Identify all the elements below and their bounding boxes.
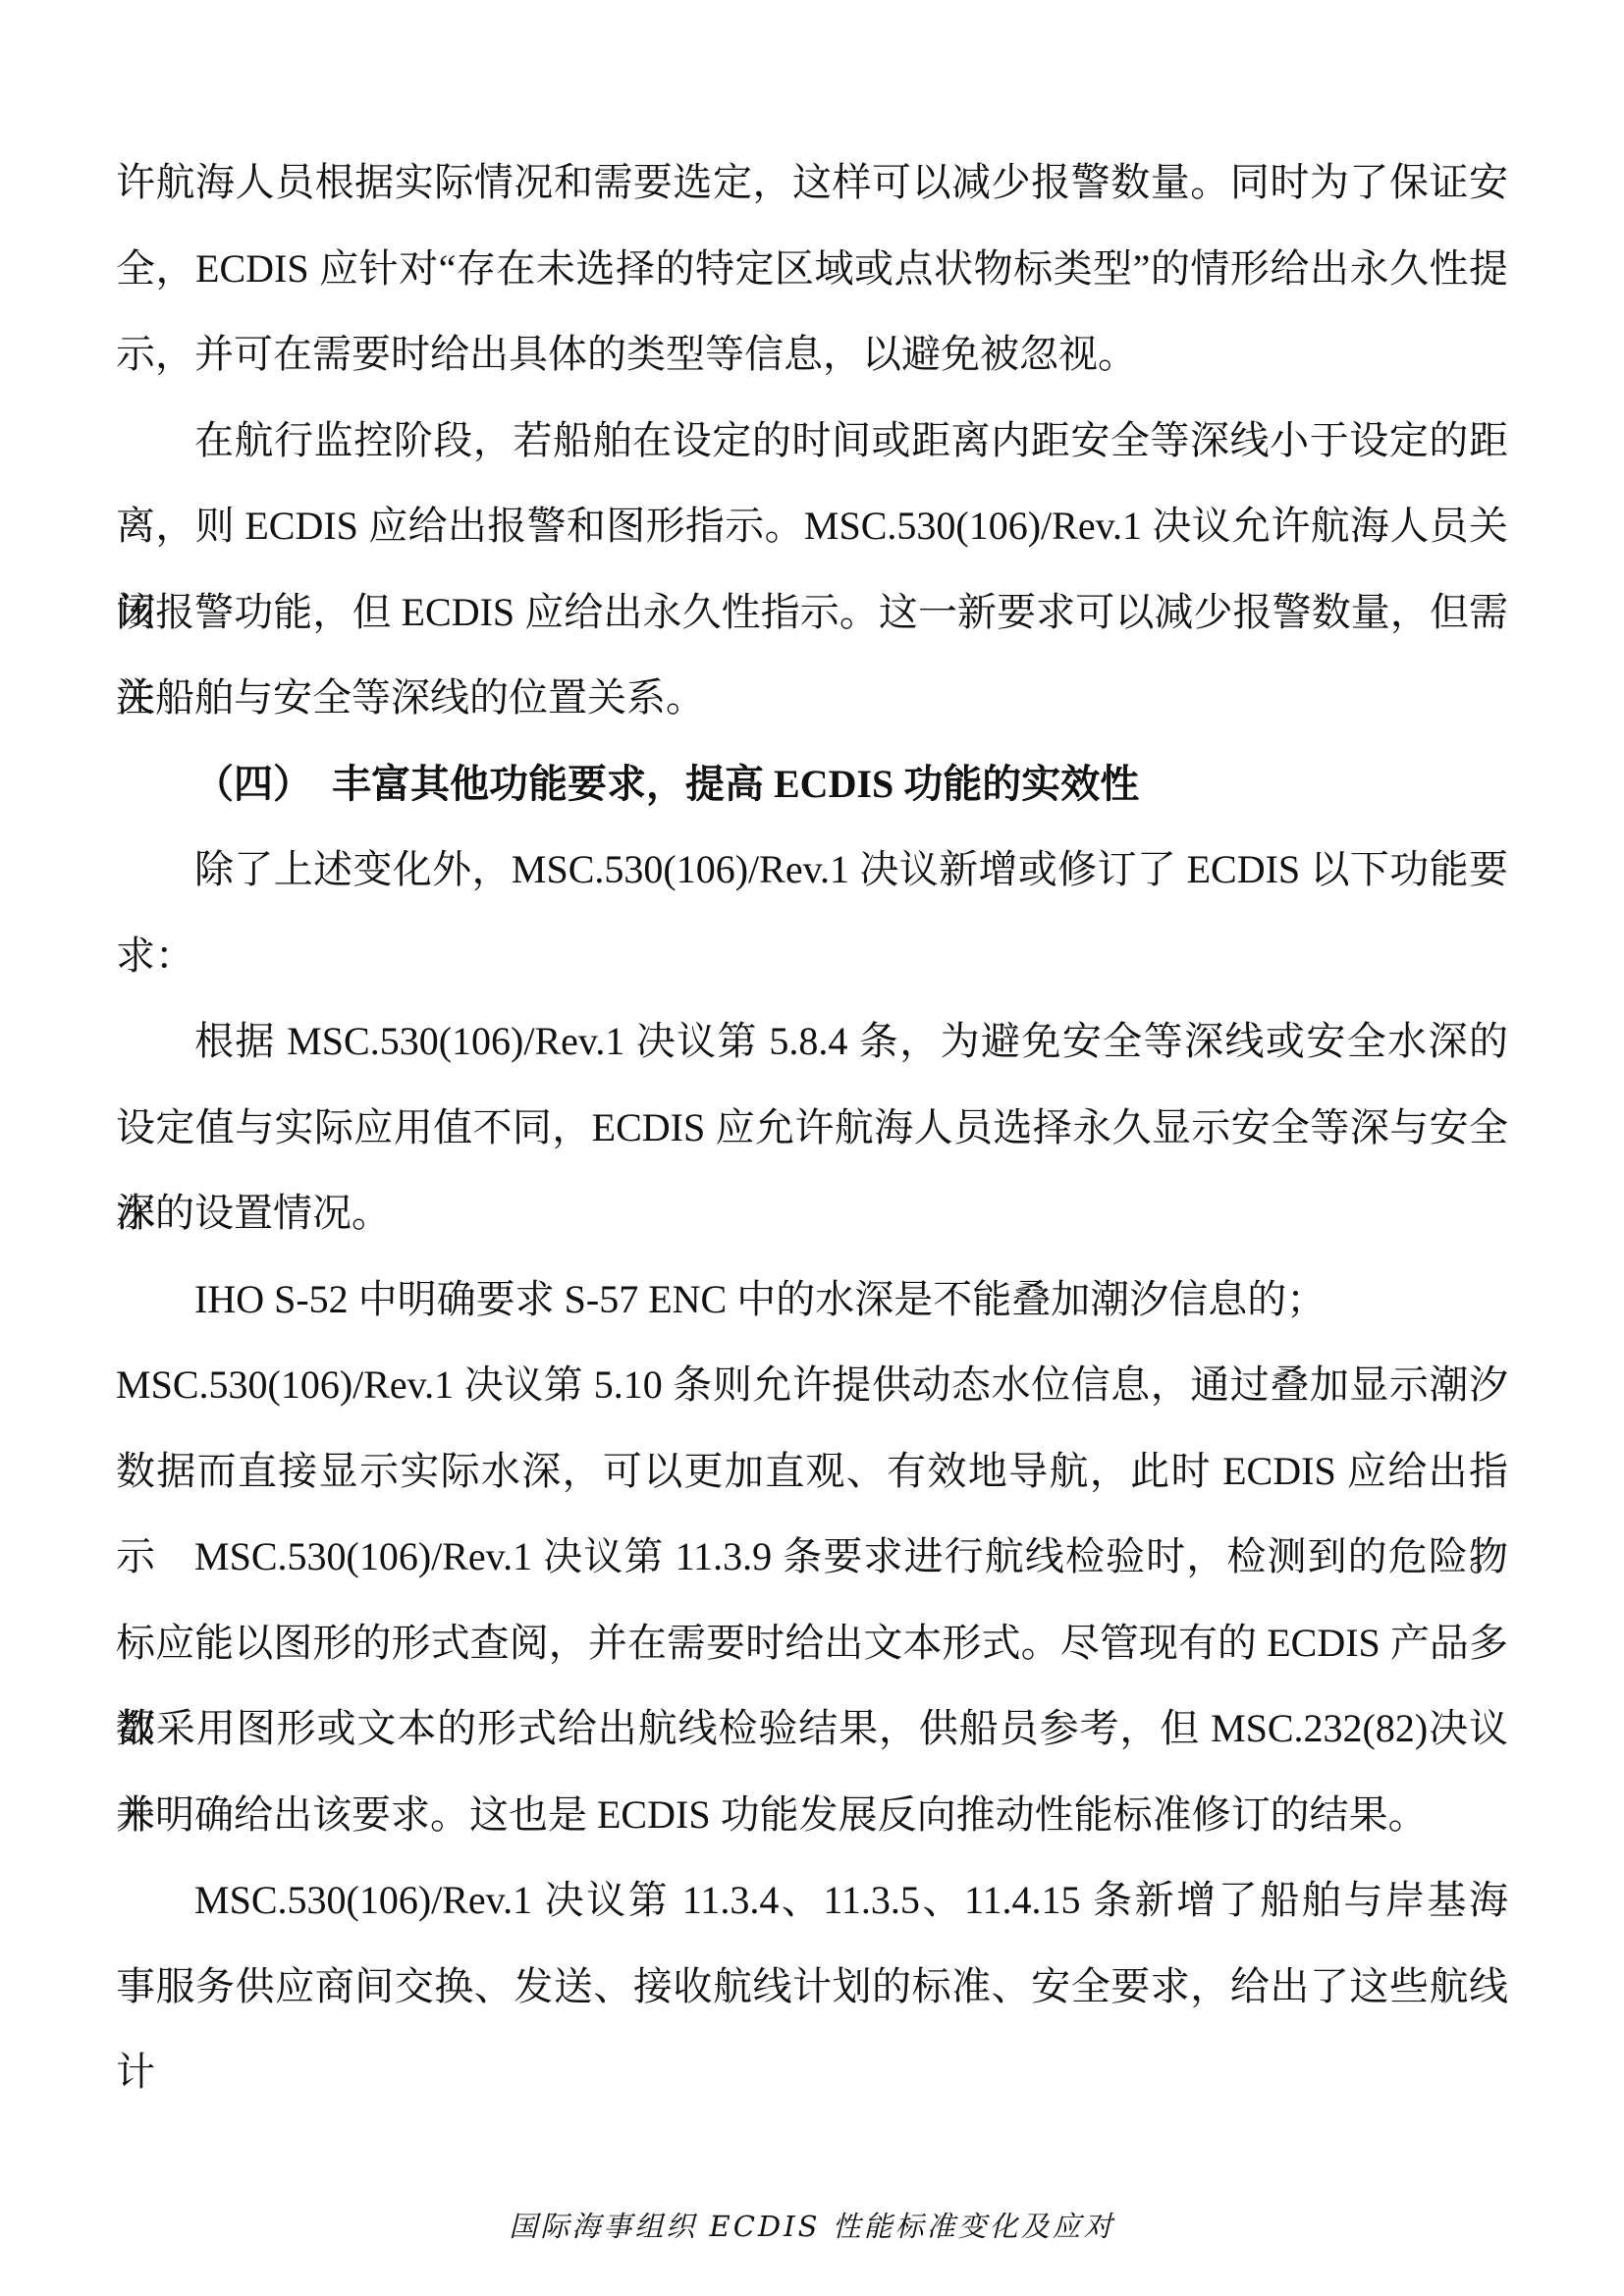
text-line: 全，ECDIS 应针对“存在未选择的特定区域或点状物标类型”的情形给出永久性提 (116, 226, 1508, 312)
text-line: 该报警功能，但 ECDIS 应给出永久性指示。这一新要求可以减少报警数量，但需关 (116, 569, 1508, 656)
text-line: 设定值与实际应用值不同，ECDIS 应允许航海人员选择永久显示安全等深与安全水 (116, 1085, 1508, 1171)
text-line: MSC.530(106)/Rev.1 决议第 5.10 条则允许提供动态水位信息… (116, 1342, 1508, 1428)
text-line: 离，则 ECDIS 应给出报警和图形指示。MSC.530(106)/Rev.1 … (116, 483, 1508, 569)
page-footer-title: 国际海事组织 ECDIS 性能标准变化及应对 (0, 2203, 1624, 2250)
text-line: 都采用图形或文本的形式给出航线检验结果，供船员参考，但 MSC.232(82)决… (116, 1685, 1508, 1772)
text-line: 根据 MSC.530(106)/Rev.1 决议第 5.8.4 条，为避免安全等… (116, 998, 1508, 1085)
text-line: 数据而直接显示实际水深，可以更加直观、有效地导航，此时 ECDIS 应给出指示。 (116, 1428, 1508, 1515)
text-line: 在航行监控阶段，若船舶在设定的时间或距离内距安全等深线小于设定的距 (116, 398, 1508, 484)
text-line: 除了上述变化外，MSC.530(106)/Rev.1 决议新增或修订了 ECDI… (116, 827, 1508, 913)
text-line: 标应能以图形的形式查阅，并在需要时给出文本形式。尽管现有的 ECDIS 产品多数 (116, 1600, 1508, 1686)
text-line: 注船舶与安全等深线的位置关系。 (116, 655, 1508, 741)
text-line: MSC.530(106)/Rev.1 决议第 11.3.9 条要求进行航线检验时… (116, 1514, 1508, 1600)
text-line: MSC.530(106)/Rev.1 决议第 11.3.4、11.3.5、11.… (116, 1857, 1508, 1944)
text-line: IHO S-52 中明确要求 S-57 ENC 中的水深是不能叠加潮汐信息的； (116, 1256, 1508, 1343)
text-line: 深的设置情况。 (116, 1170, 1508, 1256)
text-line: 许航海人员根据实际情况和需要选定，这样可以减少报警数量。同时为了保证安 (116, 139, 1508, 226)
document-lines: 许航海人员根据实际情况和需要选定，这样可以减少报警数量。同时为了保证安全，ECD… (116, 139, 1508, 2029)
heading-line: （四） 丰富其他功能要求，提高 ECDIS 功能的实效性 (116, 741, 1508, 828)
document-page: 许航海人员根据实际情况和需要选定，这样可以减少报警数量。同时为了保证安全，ECD… (0, 0, 1624, 2296)
text-line: 事服务供应商间交换、发送、接收航线计划的标准、安全要求，给出了这些航线计 (116, 1944, 1508, 2030)
text-line: 示，并可在需要时给出具体的类型等信息，以避免被忽视。 (116, 311, 1508, 398)
text-line: 未明确给出该要求。这也是 ECDIS 功能发展反向推动性能标准修订的结果。 (116, 1772, 1508, 1858)
text-line: 求： (116, 913, 1508, 999)
